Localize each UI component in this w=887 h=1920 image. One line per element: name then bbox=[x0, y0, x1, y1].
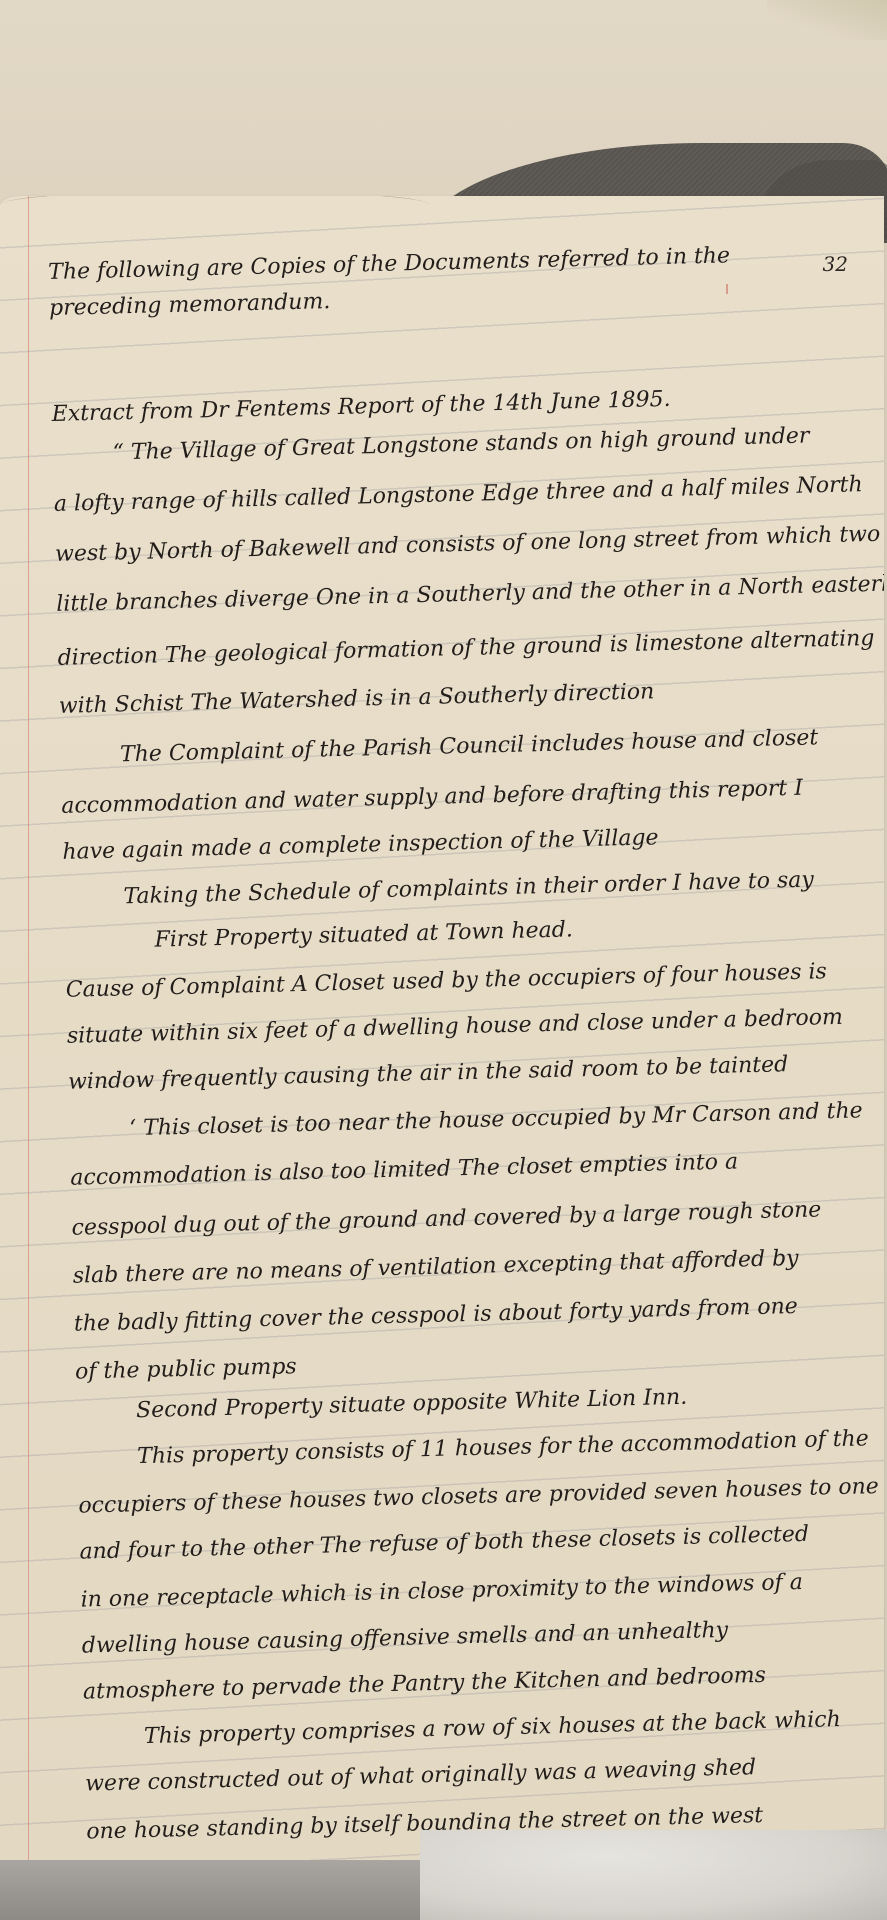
white-cloth bbox=[420, 1830, 887, 1920]
background-shadow bbox=[767, 0, 887, 40]
red-ink-mark bbox=[726, 284, 728, 294]
ledger-page: 32 The following are Copies of the Docum… bbox=[0, 196, 884, 1866]
text-line: of the public pumps bbox=[75, 1356, 297, 1383]
red-margin-line bbox=[28, 196, 29, 1866]
page-number: 32 bbox=[823, 252, 848, 276]
